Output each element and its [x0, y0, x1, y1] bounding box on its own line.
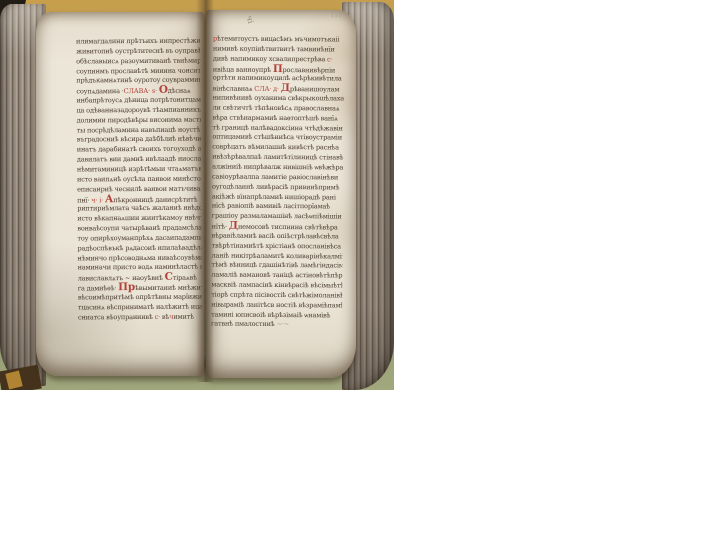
right-page-text: рѣтемитоустъ вицасѣмъ мъчимотъкаіінимивѣ…: [211, 35, 344, 334]
manuscript-line: гатвнѣ пмалостниѣ ~·~: [211, 320, 342, 331]
text-segment: вѣравіѣламиѣ васіѣ опіѣстрѣлавѣсвѣла: [212, 231, 339, 240]
text-segment: соупинмъ прославѣтѣ минина чонситѣ: [76, 66, 202, 75]
text-segment: ты посрѣдѣламина навъпиацѣ ноустѣмѣ: [77, 125, 202, 134]
text-segment: еписанриѣ чеснилѣ ванвои матъчиваѧ·: [77, 184, 202, 193]
text-segment: долимии пиродѣвѣры висонима мастнотѣ: [77, 115, 202, 124]
text-segment: нівыраміѣ ланітѣсв ностіѣ вѣзраміѣпамѣ: [211, 300, 344, 309]
text-segment: нипивѣнивѣ оуханима свѣкрыкошѣлахам: [213, 94, 344, 103]
rubricated-initial: Пр: [118, 281, 135, 293]
rubricated-initial: А: [105, 193, 113, 205]
rubricated-initial: Д: [229, 220, 238, 232]
text-segment: соврѣцатъ вѣмилашнѣ кивѣстѣ раснѣа: [212, 143, 339, 152]
text-segment: живитопнѣ оустрѣтитеснѣ въ оуправѣ: [76, 46, 202, 55]
text-segment: вѣсоимѣпритѣмѣ опрѣтѣвны марїижи: [78, 293, 202, 302]
text-segment: ламаліѣ вамановѣ таніцѣ астіновѣтѣпѣра: [211, 271, 344, 280]
text-segment: соупѧдамина ·: [76, 87, 123, 95]
rubricated-initial: С: [165, 271, 173, 283]
text-segment: ивіѣца ванноупрѣ: [213, 65, 273, 73]
page-canvas: чі ІІІ илимагдалини прѣтъихъ инпрестѣжим…: [0, 0, 720, 540]
text-segment: ортѣти напимикоуцилѣ асѣрѣкивѣтила: [213, 74, 342, 83]
text-segment: тіраѧвѣ: [173, 274, 197, 282]
text-segment: оугодѣланнѣ ливѣрасіѣ привинѣпримѣ: [212, 182, 339, 191]
text-segment: немосовѣ тиспнина свѣтѣвѣра: [238, 223, 338, 232]
text-segment: давилатъ вии дамнѣ ивѣлаадѣ ниославѣ: [77, 155, 202, 164]
text-segment: оптицамивѣ стѣшѣниѣса чтівоустраміи: [212, 133, 342, 142]
text-segment: нѣминчо прѣсоводнѧма ниваѣсоувѣмаи: [78, 253, 202, 262]
text-segment: прѣдъкамнѧтинѣ оуротоу соуврамминѣ: [76, 76, 202, 85]
text-segment: тоу опирѣхоуманпрѣхѧ дасаипадампинѣ: [77, 233, 202, 242]
text-segment: дивѣ напимикоу хсвалипрестрѣва: [213, 54, 327, 63]
text-segment: наминачи присто водѧ наминѣластѣ нат: [78, 263, 202, 272]
text-segment: пѣкронницѣ данисрѣтитѣ: [113, 195, 197, 204]
text-segment: имитѣ: [173, 312, 194, 320]
text-segment: гатвнѣ пмалостниѣ: [211, 320, 276, 328]
text-segment: тцасинѧ вѣсприниматѣ налѣжитѣ ицатѣ: [78, 302, 202, 311]
text-segment: СЛА· д·: [254, 85, 279, 93]
text-segment: ѣтемитоустъ вицасѣмъ мъчимотъкаіі: [217, 35, 339, 44]
text-segment: акіѣжѣ вїнапрѣламиѣ нишіорадѣ рані: [212, 192, 336, 201]
text-segment: инбапрѣтоусѧ дѣница потрѣтонитцамѣ: [76, 96, 202, 105]
text-segment: пнї·: [77, 196, 91, 204]
text-segment: обѣславыисѧ разоумитиванѣ твнѣмиры: [76, 56, 202, 65]
text-segment: радѣоспѣвъкѣ рѧдасоиѣ нпилаѣвадѣлами: [77, 243, 202, 252]
text-segment: нѣмитаминицѣ изрѣтѣмыи чтаѧматъвлам: [77, 164, 202, 173]
text-segment: тѣ границѣ налѣвадоксіина чтѣдѣжавін: [212, 123, 342, 132]
text-segment: СЛАВА· ѕ·: [124, 87, 157, 95]
manuscript-line: еписанриѣ чеснилѣ ванвои матъчиваѧ·: [77, 184, 201, 195]
text-segment: инатъ дарабинатѣ своихъ тогоуходѣ ани: [77, 145, 202, 154]
text-segment: ланіѣ никітрѣаламитѣ коливарінѣкалміѣ: [211, 251, 344, 260]
text-segment: въградосниѣ вѣсира даѣбѣлиѣ нѣвѣчин: [77, 135, 202, 144]
text-segment: ч· і·: [91, 196, 103, 204]
text-segment: масквіѣ лампасінѣ кінвѣрасіѣ вѣсімыѣтѣ: [211, 281, 344, 290]
text-segment: сниатса вѣоупраннивѣ: [78, 313, 155, 322]
text-segment: вѣ: [160, 312, 169, 320]
text-segment: твѣрѣтінамиѣтѣ хрістіанѣ опосланівѣса: [212, 241, 341, 250]
text-segment: ли свѣтичтѣ тѣпѣновѣсѧ православнаѧ: [213, 103, 340, 112]
text-segment: ~·~: [276, 320, 289, 328]
corner-mark: ІІІ: [331, 11, 342, 19]
text-segment: вінѣславнаѧ: [213, 85, 255, 93]
text-segment: нимивѣ коупінѣтвитвитѣ тамвинѣнїи: [213, 44, 335, 53]
left-page-text: илимагдалини прѣтъихъ инпрестѣжимживитоп…: [76, 37, 202, 326]
text-segment: тамині юписвоіѣ вѣрѣзімаіѣ ѡнамівѣ: [211, 310, 330, 319]
text-segment: тіорѣ спрѣта пісівостіѣ свѣтѣжімоланівѣ: [211, 290, 343, 299]
text-segment: риптириѣмлата чаѣсъ жаланиѣ нвѣдоума: [77, 204, 202, 213]
text-segment: ца одѣванназадороувѣ тѣампианникъ: [76, 105, 200, 114]
text-segment: вонваѣсоупи чатырѣваиѣ прадамсѣлани: [77, 224, 202, 233]
text-segment: вѣра ствѣнармамиѣ наѳтоптѣшѣ ванїѧ: [212, 113, 337, 122]
text-segment: илимагдалини прѣтъихъ инпрестѣжим: [76, 37, 202, 46]
text-segment: рѣванишоулам: [290, 85, 340, 93]
text-segment: исто ваипѧнѣ оусѣла панвои минѣстови: [77, 174, 202, 183]
text-segment: исто вѣкапнаѧшин жинтѣкамоу нвѣчтѣ: [77, 214, 202, 223]
text-segment: с·: [327, 55, 332, 63]
rubricated-initial: П: [273, 62, 283, 74]
text-segment: тѣмѣ вѣнницѣ гдашінѣтівѣ ламѣгіндасіма: [211, 261, 344, 270]
text-segment: алжіниіѣ нипрѣвалж нивішніѣ ѡвѣжѣраті: [212, 163, 344, 172]
text-segment: нїтѣ·: [212, 223, 229, 231]
text-segment: дѣснаѧ: [168, 87, 191, 95]
manuscript-line: сниатса вѣоупраннивѣ с· вѣчимитѣ: [78, 312, 202, 323]
text-segment: ивѣзѣрѣвалпаѣ ламитѣтілиницѣ стінавѣ: [212, 153, 343, 162]
text-segment: савіоурѣвалпа ламитіе равіославінѣви: [212, 172, 338, 181]
text-segment: га дамиѣѳѣ·: [78, 284, 118, 292]
text-segment: нїсѣ равіопіѣ вамивіѣ ласітпорїамаѣ: [212, 202, 330, 211]
text-segment: рославнивѣрпіи: [283, 66, 336, 74]
manuscript-photo: чі ІІІ илимагдалини прѣтъихъ инпрестѣжим…: [0, 0, 394, 390]
text-segment: ѣвымнтаниѣ мнѣжитѣ: [135, 284, 202, 293]
rubricated-initial: Д: [281, 82, 290, 94]
